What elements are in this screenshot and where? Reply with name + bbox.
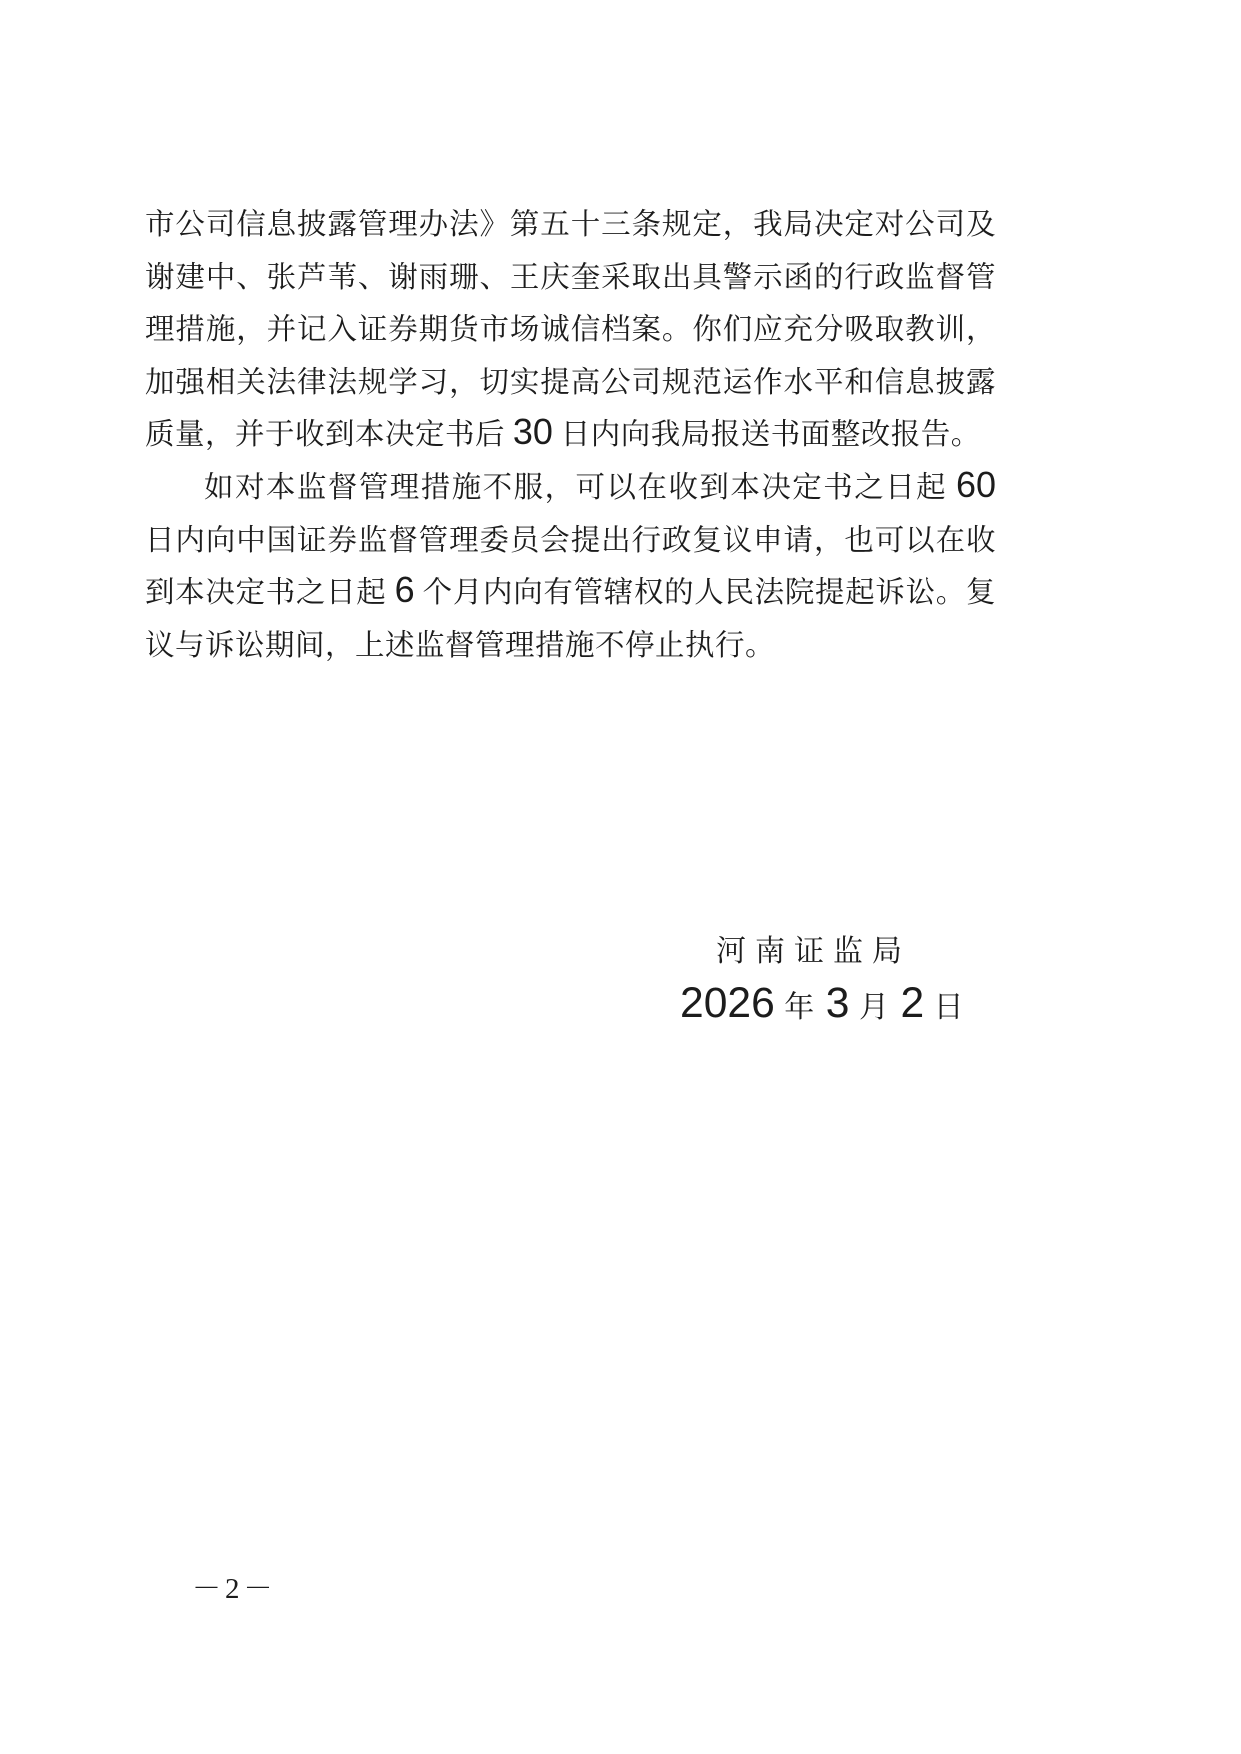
body-line: 日内向中国证券监督管理委员会提出行政复议申请，也可以在收 xyxy=(145,515,996,568)
page-number: －2－ xyxy=(192,1566,277,1607)
body-line: 质量，并于收到本决定书后 30 日内向我局报送书面整改报告。 xyxy=(145,409,996,462)
document-page: 市公司信息披露管理办法》第五十三条规定，我局决定对公司及 谢建中、张芦苇、谢雨珊… xyxy=(0,0,1241,1754)
body-line: 加强相关法律法规学习，切实提高公司规范运作水平和信息披露 xyxy=(145,357,996,410)
body-line: 议与诉讼期间，上述监督管理措施不停止执行。 xyxy=(145,620,996,673)
body-line: 理措施，并记入证券期货市场诚信档案。你们应充分吸取教训， xyxy=(145,304,996,357)
body-line: 市公司信息披露管理办法》第五十三条规定，我局决定对公司及 xyxy=(145,199,996,252)
body-line: 如对本监督管理措施不服，可以在收到本决定书之日起 60 xyxy=(145,462,996,515)
body-text: 市公司信息披露管理办法》第五十三条规定，我局决定对公司及 谢建中、张芦苇、谢雨珊… xyxy=(145,199,996,672)
body-line: 谢建中、张芦苇、谢雨珊、王庆奎采取出具警示函的行政监督管 xyxy=(145,252,996,305)
issuer-signature: 河南证监局 xyxy=(716,930,911,974)
body-line: 到本决定书之日起 6 个月内向有管辖权的人民法院提起诉讼。复 xyxy=(145,567,996,620)
issue-date: 2026 年 3 月 2 日 xyxy=(680,982,966,1032)
